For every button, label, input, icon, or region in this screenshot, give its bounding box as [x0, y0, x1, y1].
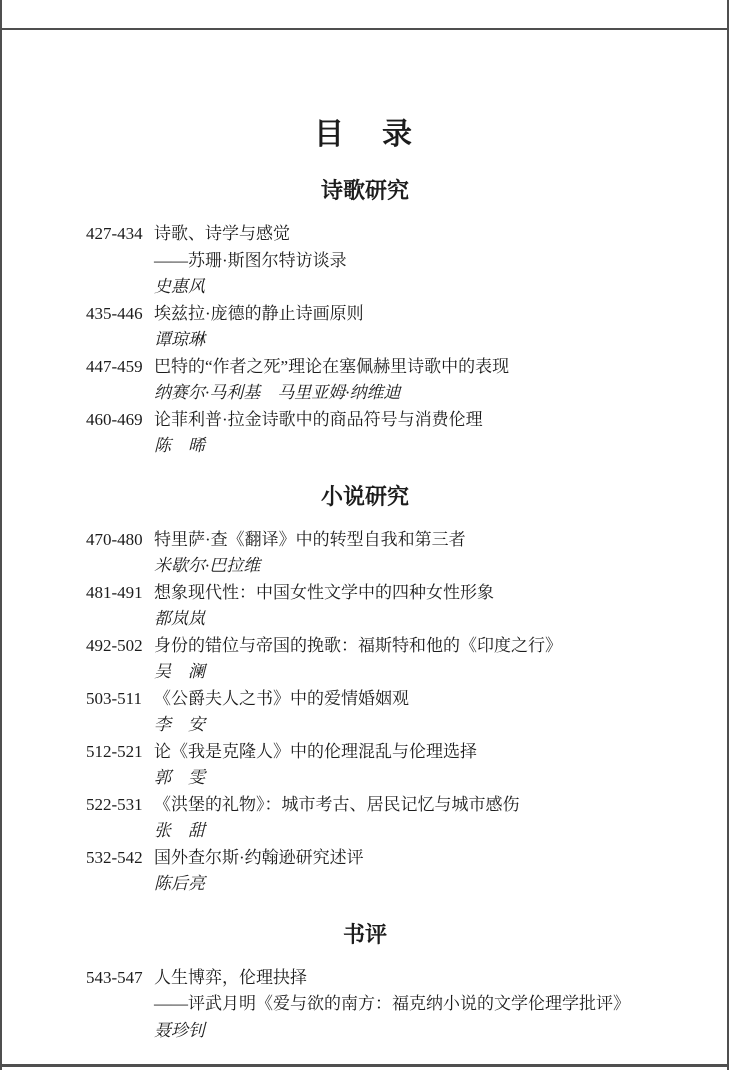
- entry-pages: 543-547: [86, 965, 154, 992]
- entry-pages: 512-521: [86, 739, 154, 766]
- toc-entry: 470-480 特里萨·查《翻译》中的转型自我和第三者 米歇尔·巴拉维: [0, 527, 730, 580]
- section-entries-poetry: 427-434 诗歌、诗学与感觉 ——苏珊·斯图尔特访谈录 史惠风 435-44…: [0, 221, 730, 460]
- entry-author: 聂珍钊: [154, 1018, 730, 1045]
- toc-entry: 503-511 《公爵夫人之书》中的爱情婚姻观 李 安: [0, 686, 730, 739]
- entry-subtitle: ——苏珊·斯图尔特访谈录: [154, 248, 730, 275]
- toc-page: 目 录 诗歌研究 427-434 诗歌、诗学与感觉 ——苏珊·斯图尔特访谈录 史…: [0, 0, 730, 1044]
- entry-author: 谭琼琳: [154, 327, 730, 354]
- entry-pages: 503-511: [86, 686, 154, 713]
- entry-pages: 532-542: [86, 845, 154, 872]
- page-border-bottom: [0, 1064, 729, 1067]
- entry-title: 人生博弈，伦理抉择: [154, 965, 730, 992]
- toc-entry: 492-502 身份的错位与帝国的挽歌：福斯特和他的《印度之行》 吴 澜: [0, 633, 730, 686]
- entry-subtitle: ——评武月明《爱与欲的南方：福克纳小说的文学伦理学批评》: [154, 991, 730, 1018]
- toc-entry: 512-521 论《我是克隆人》中的伦理混乱与伦理选择 郭 雯: [0, 739, 730, 792]
- entry-pages: 492-502: [86, 633, 154, 660]
- section-heading-poetry: 诗歌研究: [0, 176, 730, 206]
- entry-pages: 460-469: [86, 407, 154, 434]
- section-heading-fiction: 小说研究: [0, 482, 730, 512]
- toc-entry: 481-491 想象现代性：中国女性文学中的四种女性形象 都岚岚: [0, 580, 730, 633]
- toc-entry: 532-542 国外查尔斯·约翰逊研究述评 陈后亮: [0, 845, 730, 898]
- entry-author: 史惠风: [154, 274, 730, 301]
- entry-author: 张 甜: [154, 818, 730, 845]
- entry-title: 《公爵夫人之书》中的爱情婚姻观: [154, 686, 730, 713]
- toc-entry: 447-459 巴特的“作者之死”理论在塞佩赫里诗歌中的表现 纳赛尔·马利基 马…: [0, 354, 730, 407]
- page-title: 目 录: [0, 118, 730, 152]
- entry-pages: 447-459: [86, 354, 154, 381]
- entry-author: 郭 雯: [154, 765, 730, 792]
- entry-pages: 470-480: [86, 527, 154, 554]
- entry-title: 埃兹拉·庞德的静止诗画原则: [154, 301, 730, 328]
- toc-entry: 435-446 埃兹拉·庞德的静止诗画原则 谭琼琳: [0, 301, 730, 354]
- entry-title: 特里萨·查《翻译》中的转型自我和第三者: [154, 527, 730, 554]
- entry-title: 论菲利普·拉金诗歌中的商品符号与消费伦理: [154, 407, 730, 434]
- entry-title: 论《我是克隆人》中的伦理混乱与伦理选择: [154, 739, 730, 766]
- entry-pages: 522-531: [86, 792, 154, 819]
- entry-pages: 481-491: [86, 580, 154, 607]
- entry-title: 身份的错位与帝国的挽歌：福斯特和他的《印度之行》: [154, 633, 730, 660]
- toc-entry: 427-434 诗歌、诗学与感觉 ——苏珊·斯图尔特访谈录 史惠风: [0, 221, 730, 301]
- section-heading-book-review: 书评: [0, 920, 730, 950]
- section-entries-book-review: 543-547 人生博弈，伦理抉择 ——评武月明《爱与欲的南方：福克纳小说的文学…: [0, 965, 730, 1045]
- entry-author: 李 安: [154, 712, 730, 739]
- entry-author: 都岚岚: [154, 606, 730, 633]
- entry-author: 吴 澜: [154, 659, 730, 686]
- toc-entry: 543-547 人生博弈，伦理抉择 ——评武月明《爱与欲的南方：福克纳小说的文学…: [0, 965, 730, 1045]
- entry-author: 陈 晞: [154, 433, 730, 460]
- toc-entry: 460-469 论菲利普·拉金诗歌中的商品符号与消费伦理 陈 晞: [0, 407, 730, 460]
- entry-author: 米歇尔·巴拉维: [154, 553, 730, 580]
- entry-title: 巴特的“作者之死”理论在塞佩赫里诗歌中的表现: [154, 354, 730, 381]
- entry-title: 国外查尔斯·约翰逊研究述评: [154, 845, 730, 872]
- entry-title: 想象现代性：中国女性文学中的四种女性形象: [154, 580, 730, 607]
- entry-pages: 427-434: [86, 221, 154, 248]
- entry-title: 诗歌、诗学与感觉: [154, 221, 730, 248]
- entry-pages: 435-446: [86, 301, 154, 328]
- entry-author: 陈后亮: [154, 871, 730, 898]
- entry-title: 《洪堡的礼物》：城市考古、居民记忆与城市感伤: [154, 792, 730, 819]
- entry-author: 纳赛尔·马利基 马里亚姆·纳维迪: [154, 380, 730, 407]
- toc-entry: 522-531 《洪堡的礼物》：城市考古、居民记忆与城市感伤 张 甜: [0, 792, 730, 845]
- section-entries-fiction: 470-480 特里萨·查《翻译》中的转型自我和第三者 米歇尔·巴拉维 481-…: [0, 527, 730, 898]
